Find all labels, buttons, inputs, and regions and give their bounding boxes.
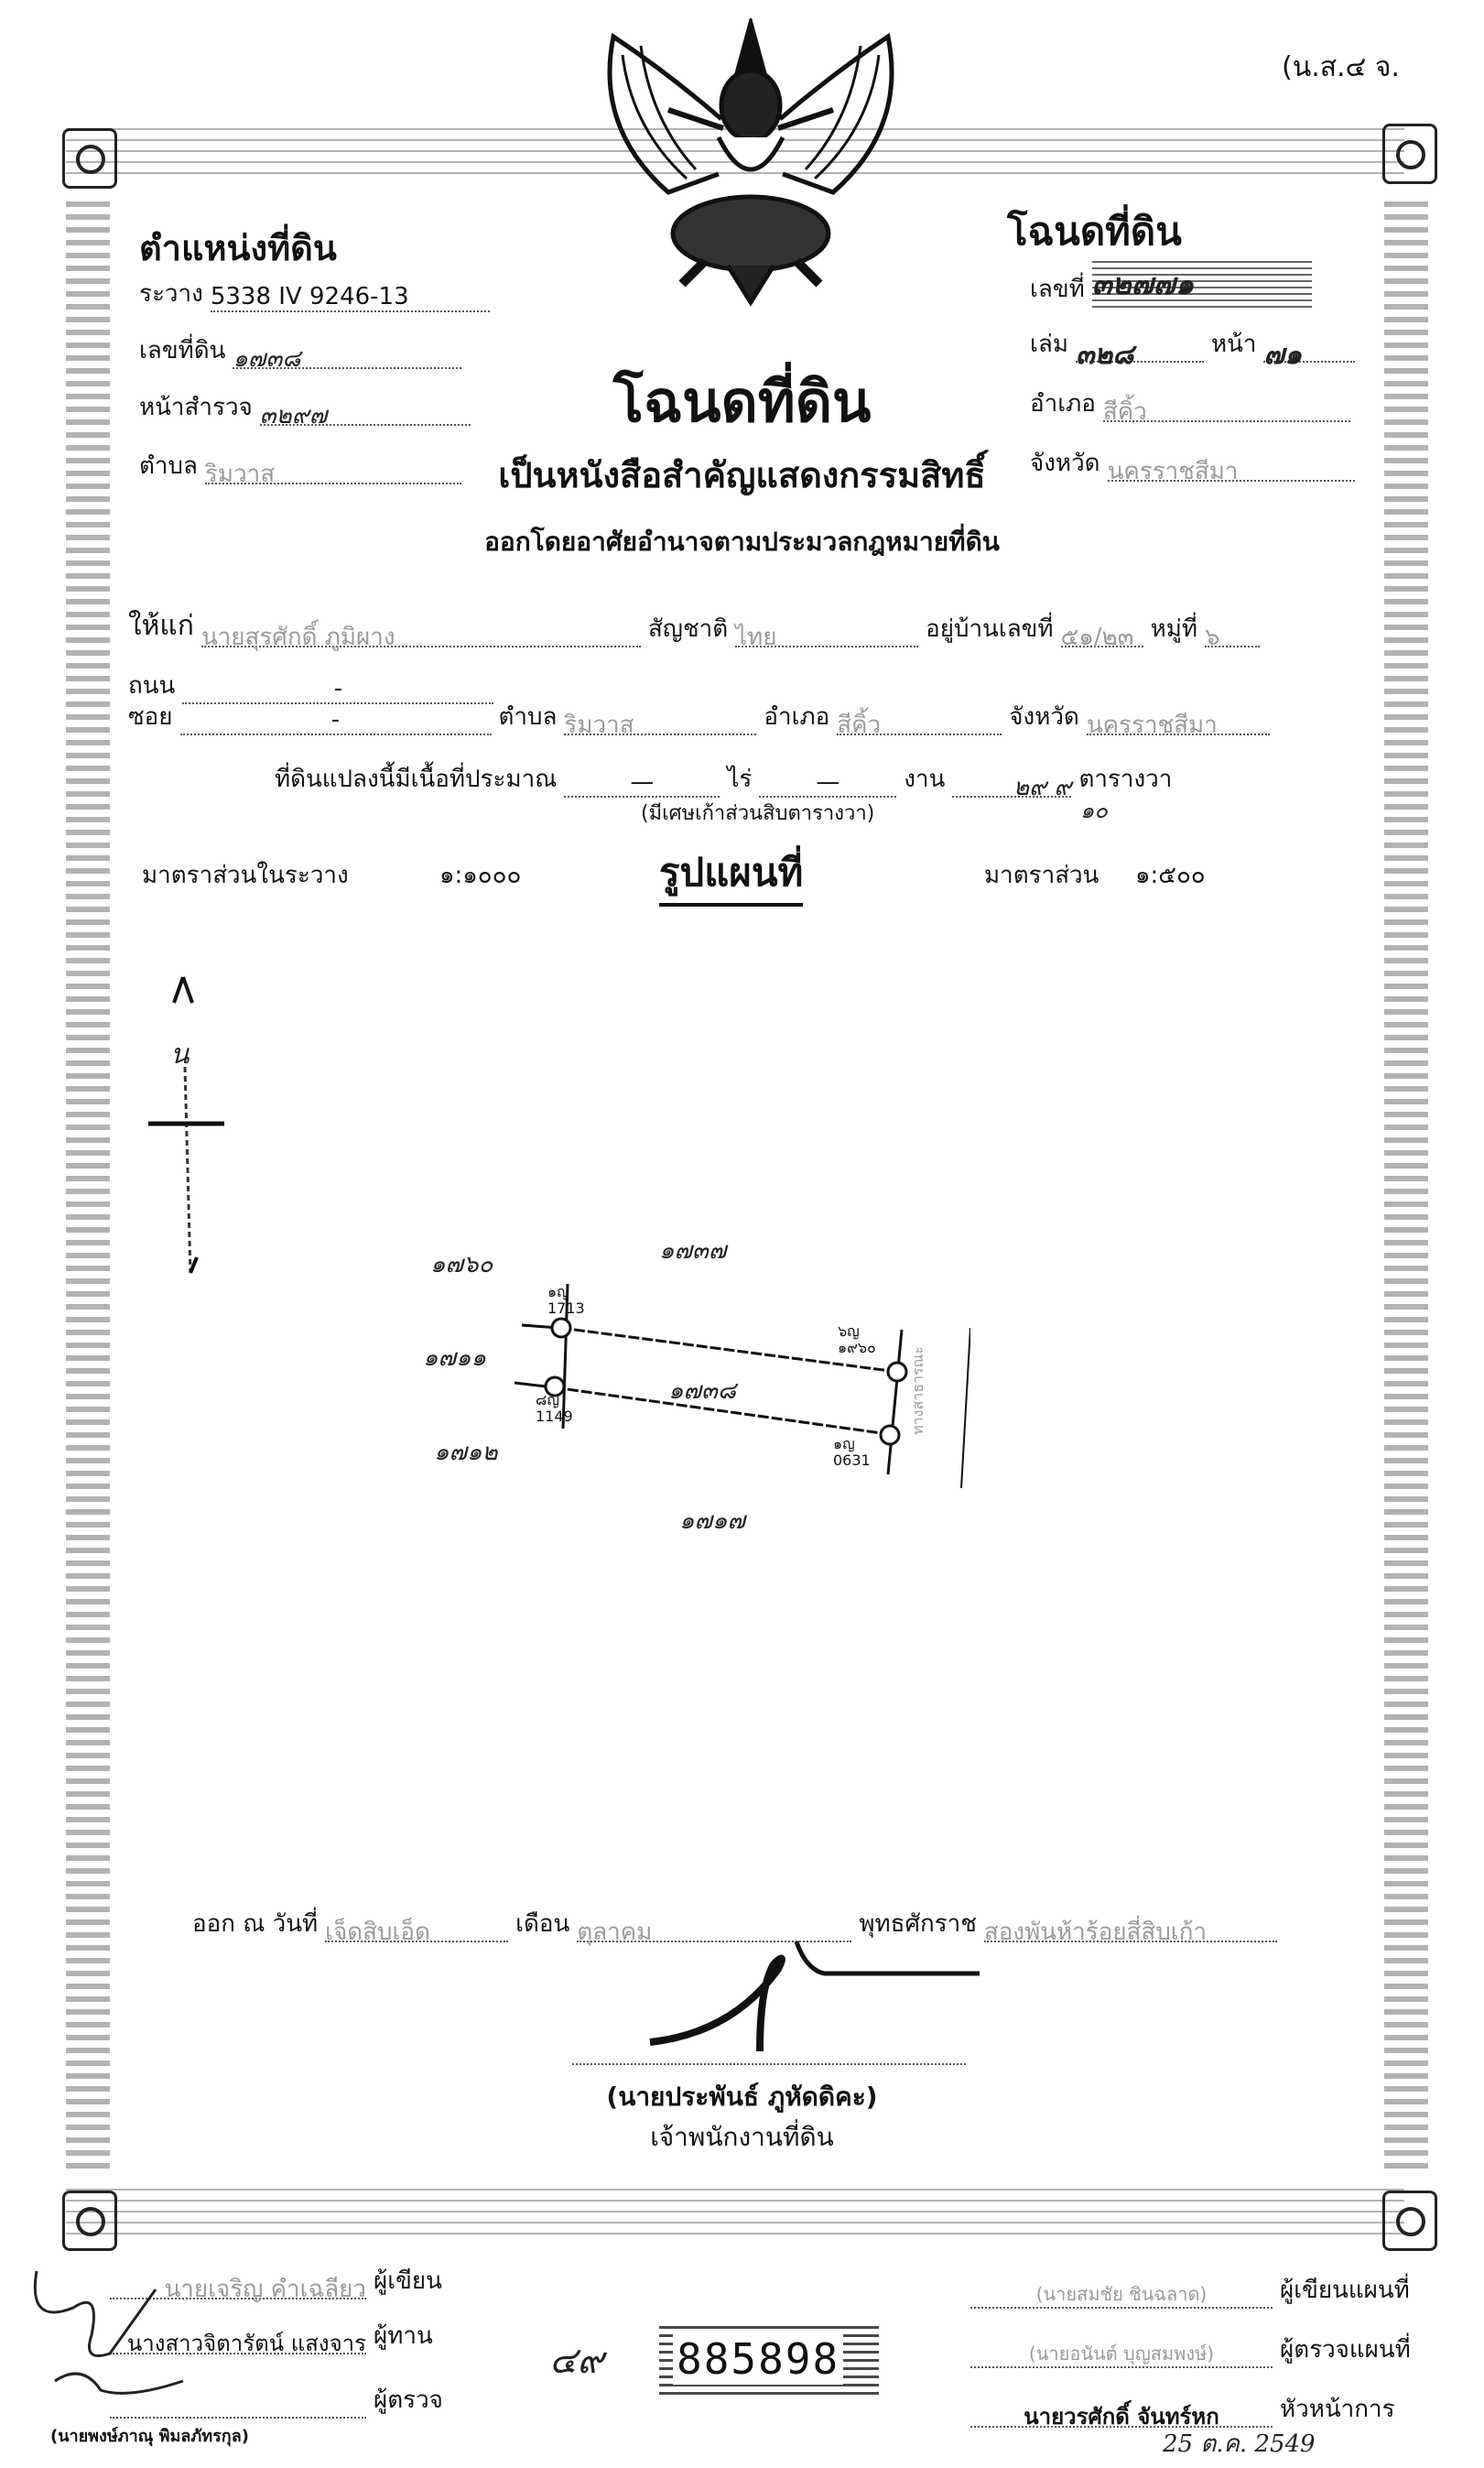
wa-fraction-denominator: ๑๐ — [1080, 792, 1108, 828]
neighbor-parcel: ๑๗๑๒ — [434, 1433, 498, 1471]
map-checker-label: ผู้ตรวจแผนที่ — [1280, 2331, 1411, 2368]
corner-ornament-icon — [62, 128, 117, 189]
rawang-value: 5338 IV 9246-13 — [211, 283, 490, 312]
scale-sheet-value: ๑:๑๐๐๐ — [439, 856, 521, 894]
house-no-label: อยู่บ้านเลขที่ — [926, 610, 1053, 647]
area-label: ที่ดินแปลงนี้มีเนื้อที่ประมาณ — [275, 760, 557, 798]
corner-ornament-icon — [1382, 2191, 1437, 2251]
boundary-marker: ๘ญ1149 — [536, 1392, 573, 1425]
deed-number-label: เลขที่ — [1030, 270, 1085, 308]
deed-heading: โฉนดที่ดิน — [1007, 201, 1182, 262]
document-subtitle: เป็นหนังสือสำคัญแสดงกรรมสิทธิ์ — [0, 447, 1484, 503]
issue-month-label: เดือน — [515, 1905, 569, 1942]
ngan-value: — — [759, 768, 896, 798]
inspector-label: ผู้ตรวจ — [374, 2381, 443, 2419]
moo-label: หมู่ที่ — [1151, 610, 1197, 647]
stamp-date: 25 ต.ค. 2549 — [1163, 2425, 1316, 2463]
corner-ornament-icon — [1382, 124, 1437, 184]
wa-value: ๒๙ ๙ — [952, 768, 1071, 798]
officer-name: (นายประพันธ์ ภูหัดดิคะ) — [0, 2077, 1484, 2117]
owner-amphoe-label: อำเภอ — [764, 698, 829, 735]
map-writer-label: ผู้เขียนแผนที่ — [1280, 2271, 1410, 2309]
issued-by-line: ออกโดยอาศัยอำนาจตามประมวลกฎหมายที่ดิน — [0, 522, 1484, 562]
writer-label: ผู้เขียน — [374, 2262, 442, 2299]
house-no-value: ๕๑/๒๓ — [1061, 618, 1143, 647]
neighbor-parcel: ๑๗๑๗ — [679, 1502, 745, 1539]
serial-prefix: ๔๙ — [549, 2331, 604, 2389]
soi-label: ซอย — [128, 698, 173, 735]
owner-province-value: นครราชสีมา — [1087, 706, 1270, 735]
neighbor-parcel: ๑๗๖๐ — [430, 1245, 493, 1283]
scale-sheet-label: มาตราส่วนในระวาง — [142, 856, 349, 894]
rawang-label: ระวาง — [139, 275, 203, 312]
rai-value: — — [564, 768, 720, 798]
map-writer-name: (นายสมชัย ชินฉลาด) — [970, 2279, 1273, 2309]
owner-name-value: นายสุรศักดิ์ ภูมิผาง — [201, 618, 641, 647]
boundary-marker: ๑ญ0631 — [833, 1436, 871, 1469]
owner-province-label: จังหวัด — [1009, 698, 1079, 735]
deed-number-value: ๓๒๗๗๑ — [1092, 261, 1312, 308]
form-code: (น.ส.๔ จ. — [1282, 46, 1400, 89]
road-label: ทางสาธารณะ — [906, 1346, 929, 1435]
give-to-label: ให้แก่ — [128, 604, 194, 647]
handwritten-signatures-icon — [18, 2253, 293, 2418]
boundary-marker: ๑ญ1713 — [547, 1284, 585, 1317]
moo-value: ๖ — [1205, 618, 1260, 647]
checker-label: ผู้ทาน — [374, 2317, 433, 2354]
north-arrow-icon — [137, 975, 229, 1287]
land-location-heading: ตำแหน่งที่ดิน — [139, 220, 337, 276]
issue-year-value: สองพันห้าร้อยสี่สิบเก้า — [984, 1913, 1277, 1942]
head-name: นายวรศักดิ์ จันทร์หก — [970, 2398, 1273, 2428]
owner-tambon-value: ริมวาส — [564, 706, 756, 735]
nationality-label: สัญชาติ — [648, 610, 728, 647]
head-label: หัวหน้าการ — [1280, 2390, 1395, 2428]
owner-tambon-label: ตำบล — [499, 698, 558, 735]
issue-day-value: เจ็ดสิบเอ็ด — [325, 1913, 508, 1942]
map-checker-name: (นายอนันต์ บุญสมพงษ์) — [970, 2339, 1273, 2368]
signature-line — [572, 2063, 966, 2065]
north-label: น — [170, 1033, 190, 1076]
scale-label: มาตราส่วน — [984, 856, 1099, 894]
neighbor-parcel: ๑๗๑๑ — [423, 1339, 486, 1376]
neighbor-parcel: ๑๗๓๗ — [659, 1232, 726, 1269]
area-note: (มีเศษเก้าส่วนสิบตารางวา) — [641, 797, 874, 829]
garuda-emblem-icon — [558, 18, 943, 311]
map-heading: รูปแผนที่ — [659, 843, 803, 907]
corner-ornament-icon — [62, 2191, 117, 2251]
officer-signature-icon — [641, 1932, 989, 2070]
security-border-bottom — [66, 2189, 1404, 2244]
parcel-label: ๑๗๓๘ — [668, 1372, 736, 1409]
nationality-value: ไทย — [735, 618, 918, 647]
soi-value: - — [180, 706, 492, 735]
serial-number: 885898 — [673, 2333, 843, 2385]
scale-value: ๑:๕๐๐ — [1135, 856, 1206, 894]
owner-amphoe-value: สีคิ้ว — [837, 706, 1002, 735]
officer-position: เจ้าพนักงานที่ดิน — [0, 2117, 1484, 2158]
rai-label: ไร่ — [727, 760, 752, 798]
issued-at-label: ออก ณ วันที่ — [192, 1905, 318, 1942]
boundary-marker: ๖ญ๑๙๖๐ — [838, 1323, 876, 1356]
ngan-label: งาน — [904, 760, 945, 798]
inspector-name: (นายพงษ์ภาณุ พิมลภัทรกุล) — [50, 2422, 249, 2449]
document-title: โฉนดที่ดิน — [0, 357, 1484, 447]
